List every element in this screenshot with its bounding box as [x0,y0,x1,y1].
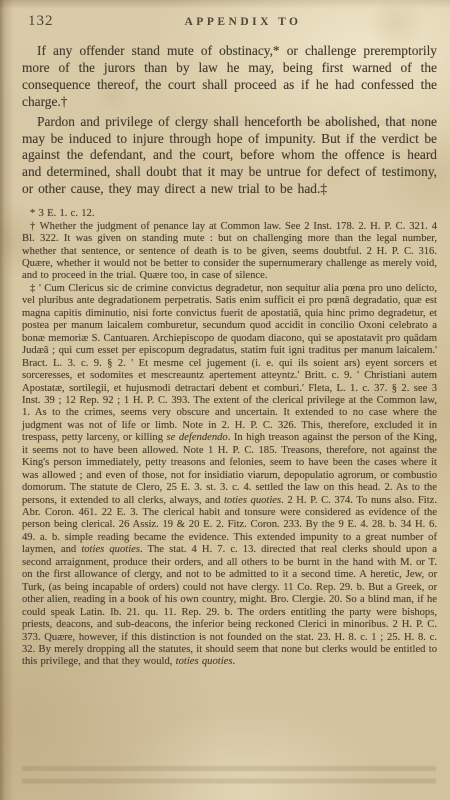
footnote-asterisk: * 3 E. 1. c. 12. [22,208,437,220]
italic-text: toties quoties [81,544,140,555]
footnote-dagger: † Whether the judgment of penance lay at… [22,221,437,283]
show-through-ghost-text [22,766,436,791]
text-run: * 3 E. 1. c. 12. [30,208,95,219]
main-text: If any offender stand mute of obstinacy,… [0,30,450,198]
italic-text: toties quoties [176,656,233,667]
italic-text: toties quoties [224,495,281,506]
italic-text: se defendendo [167,432,228,443]
text-run: If any offender stand mute of obstinacy,… [22,43,437,109]
text-run: † Whether the judgment of penance lay at… [22,221,437,282]
page-number: 132 [28,13,78,30]
scanned-book-page: 132 APPENDIX TO If any offender stand mu… [0,0,450,800]
running-header: APPENDIX TO [78,16,408,28]
paragraph-pardon-clergy: Pardon and privilege of clergy shall hen… [22,114,437,199]
text-run: . The stat. 4 H. 7. c. 13. directed that… [22,544,437,667]
paragraph-standing-mute: If any offender stand mute of obstinacy,… [22,43,437,111]
page-header: 132 APPENDIX TO [0,0,450,30]
text-run: . [232,656,235,667]
footnotes-section: * 3 E. 1. c. 12.† Whether the judgment o… [0,201,450,669]
text-run: Pardon and privilege of clergy shall hen… [22,114,437,197]
footnote-double-dagger: ‡ ' Cum Clericus sic de crimine convictu… [22,283,437,669]
text-run: ‡ ' Cum Clericus sic de crimine convictu… [22,283,437,443]
